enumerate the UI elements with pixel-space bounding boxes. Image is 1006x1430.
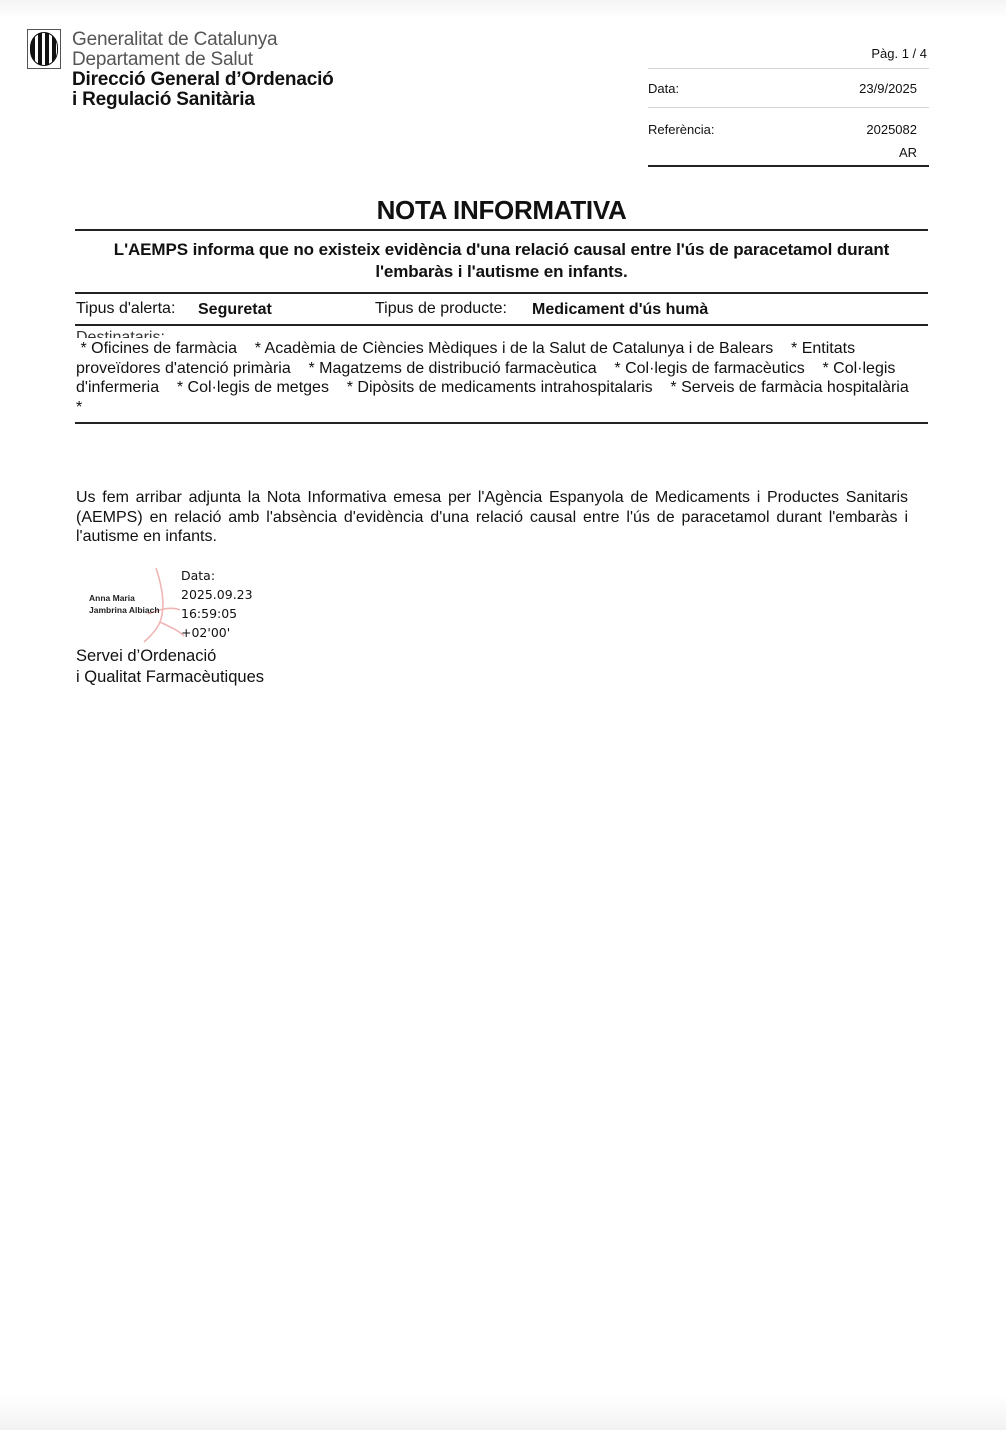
product-type-value: Medicament d'ús humà — [532, 301, 708, 318]
reference-suffix: AR — [899, 145, 917, 160]
org-line-1: Generalitat de Catalunya — [72, 30, 334, 50]
title-rule — [75, 229, 928, 231]
recipients-rule — [75, 422, 928, 424]
generalitat-logo-icon — [27, 29, 61, 69]
alert-rule — [75, 324, 928, 326]
recipients-label-clipped: Destinataris: — [76, 330, 176, 338]
document-subtitle: L'AEMPS informa que no existeix evidènci… — [75, 239, 928, 283]
coat-of-arms-stripes — [30, 32, 58, 66]
product-type-label: Tipus de producte: — [375, 300, 507, 318]
org-line-2: Departament de Salut — [72, 50, 334, 70]
issuing-service: Servei d’Ordenació i Qualitat Farmacèuti… — [76, 646, 264, 688]
body-paragraph: Us fem arribar adjunta la Nota Informati… — [76, 488, 908, 547]
alert-type-label: Tipus d'alerta: — [76, 300, 175, 318]
org-line-3: Direcció General d’Ordenació — [72, 70, 334, 90]
document-title: NOTA INFORMATIVA — [75, 195, 928, 226]
digital-signature: Anna Maria Jambrina Albiach Data: 2025.0… — [76, 562, 336, 652]
page-number: Pàg. 1 / 4 — [871, 46, 927, 61]
date-value: 23/9/2025 — [859, 81, 917, 96]
org-line-4: i Regulació Sanitària — [72, 90, 334, 110]
reference-value: 2025082 — [866, 122, 917, 137]
subtitle-rule — [75, 292, 928, 294]
recipients-list: * Oficines de farmàcia * Acadèmia de Ciè… — [76, 339, 921, 417]
organization-header: Generalitat de Catalunya Departament de … — [72, 30, 334, 110]
alert-type-value: Seguretat — [198, 301, 272, 318]
reference-label: Referència: — [648, 122, 714, 137]
signer-name: Anna Maria Jambrina Albiach — [89, 592, 160, 616]
meta-bottom-rule — [648, 165, 929, 167]
date-label: Data: — [648, 81, 679, 96]
document-meta-box: Pàg. 1 / 4 Data: 23/9/2025 Referència: 2… — [648, 40, 929, 167]
signature-date: Data: 2025.09.23 16:59:05 +02'00' — [181, 566, 253, 642]
